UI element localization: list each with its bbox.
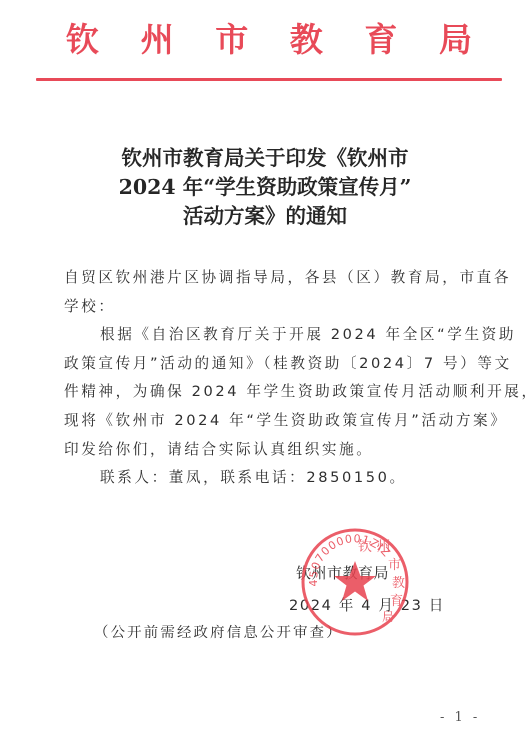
- masthead-char: 教: [290, 18, 323, 62]
- red-divider-line: [36, 78, 502, 81]
- title-line: 钦州市教育局关于印发《钦州市: [0, 144, 530, 173]
- body-paragraph-line: 件精神，为确保 2024 年学生资助政策宣传月活动顺利开展，: [64, 378, 474, 407]
- seal-text: 市: [388, 558, 401, 573]
- masthead-char: 市: [215, 18, 248, 62]
- issue-date: 2024 年 4 月 23 日: [289, 594, 445, 615]
- body-paragraph-line: 现将《钦州市 2024 年“学生资助政策宣传月”活动方案》: [64, 407, 474, 436]
- body-paragraph-line: 政策宣传月”活动的通知》（桂教资助〔2024〕7 号）等文: [64, 350, 474, 379]
- disclosure-note: （公开前需经政府信息公开审查）: [94, 621, 343, 642]
- masthead-title: 钦 州 市 教 育 局: [36, 18, 502, 62]
- title-line: 活动方案》的通知: [0, 202, 530, 231]
- recipients-line: 学校：: [64, 293, 474, 322]
- contact-line: 联系人：董凤，联系电话：2850150。: [64, 464, 474, 493]
- seal-text: 教: [392, 575, 405, 591]
- recipients-line: 自贸区钦州港片区协调指导局，各县（区）教育局，市直各: [64, 264, 474, 293]
- body-paragraph-line: 印发给你们，请结合实际认真组织实施。: [64, 436, 474, 465]
- body-paragraph-line: 根据《自治区教育厅关于开展 2024 年全区“学生资助: [64, 321, 474, 350]
- masthead-char: 州: [141, 18, 174, 62]
- seal-text: 钦 州: [358, 539, 390, 555]
- document-page: 钦 州 市 教 育 局 钦州市教育局关于印发《钦州市 2024 年“学生资助政策…: [0, 0, 530, 743]
- masthead-char: 局: [439, 18, 472, 62]
- issuer-signature: 钦州市教育局: [296, 562, 389, 583]
- document-body: 自贸区钦州港片区协调指导局，各县（区）教育局，市直各 学校： 根据《自治区教育厅…: [64, 264, 474, 493]
- page-number: - 1 -: [440, 710, 480, 725]
- title-line: 2024 年“学生资助政策宣传月”: [0, 173, 530, 202]
- document-title: 钦州市教育局关于印发《钦州市 2024 年“学生资助政策宣传月” 活动方案》的通…: [0, 144, 530, 231]
- masthead-char: 钦: [66, 18, 99, 62]
- masthead-char: 育: [364, 18, 397, 62]
